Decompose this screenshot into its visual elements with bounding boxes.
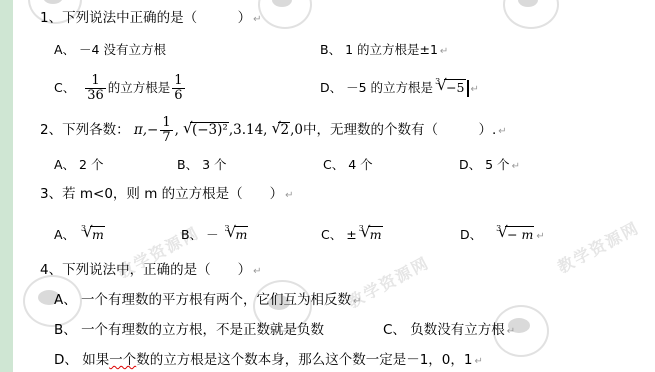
question-3-stem: 3、若 m<0，则 m 的立方根是（ ）↵ — [40, 186, 294, 204]
paragraph-mark-icon: ↵ — [353, 296, 361, 307]
question-2-stem: 2、下列各数： π,−17,√(−3)²,3.14,√2,0中，无理数的个数有（… — [40, 113, 507, 149]
question-4-option-b: B、 一个有理数的立方根，不是正数就是负数 — [54, 322, 324, 338]
watermark-logo — [493, 0, 573, 40]
question-2-option-a: A、 2 个 — [54, 157, 103, 173]
fraction: 136 — [85, 74, 106, 103]
cube-root: 3√m — [225, 226, 249, 243]
square-root: √(−3)² — [181, 113, 229, 147]
cube-root: 3√− m — [496, 226, 534, 243]
paragraph-mark-icon: ↵ — [507, 326, 515, 337]
paragraph-mark-icon: ↵ — [253, 14, 261, 25]
fraction: 17 — [160, 116, 172, 145]
question-2-option-c: C、 4 个 — [323, 157, 373, 173]
question-1-option-a: A、 －4 没有立方根 — [54, 42, 166, 58]
question-2-option-b: B、 3 个 — [177, 157, 227, 173]
text-cursor — [467, 80, 469, 97]
question-2-option-d: D、 5 个↵ — [459, 157, 520, 175]
paragraph-mark-icon: ↵ — [498, 126, 506, 137]
paragraph-mark-icon: ↵ — [440, 46, 448, 57]
left-margin-strip — [0, 0, 13, 372]
document-page[interactable]: 教学资源网 教学资源网 教学资源网 1、下列说法中正确的是（ ）↵ A、 －4 … — [13, 0, 655, 372]
paragraph-mark-icon: ↵ — [474, 356, 482, 367]
question-4-option-d: D、 如果一个数的立方根是这个数本身，那么这个数一定是－1，0，1↵ — [54, 352, 483, 370]
question-3-option-a: A、 3√m — [54, 226, 105, 243]
question-1-stem: 1、下列说法中正确的是（ ）↵ — [40, 10, 261, 28]
paragraph-mark-icon: ↵ — [253, 266, 261, 277]
question-1-option-d: D、 －5 的立方根是3√−5↵ — [320, 79, 479, 98]
paragraph-mark-icon: ↵ — [536, 231, 544, 242]
cube-root: 3√m — [359, 226, 383, 243]
fraction: 16 — [172, 74, 184, 103]
question-3-option-c: C、 ±3√m — [321, 226, 383, 243]
question-1-option-c: C、 136的立方根是16 — [54, 70, 187, 106]
question-4-stem: 4、下列说法中，正确的是（ ）↵ — [40, 262, 261, 280]
square-root: √2 — [269, 113, 290, 147]
question-4-option-c: C、 负数没有立方根↵ — [383, 322, 515, 340]
question-4-option-a: A、 一个有理数的平方根有两个，它们互为相反数↵ — [54, 292, 361, 310]
cube-root: 3√−5 — [435, 79, 465, 96]
spellcheck-underline: 一个 — [109, 352, 136, 368]
question-1-option-b: B、 1 的立方根是±1↵ — [320, 42, 448, 60]
paragraph-mark-icon: ↵ — [512, 161, 520, 172]
paragraph-mark-icon: ↵ — [471, 84, 479, 95]
paragraph-mark-icon: ↵ — [285, 190, 293, 201]
question-3-option-d: D、 3√− m↵ — [460, 226, 545, 245]
question-3-option-b: B、 － 3√m — [181, 226, 248, 243]
cube-root: 3√m — [81, 226, 105, 243]
